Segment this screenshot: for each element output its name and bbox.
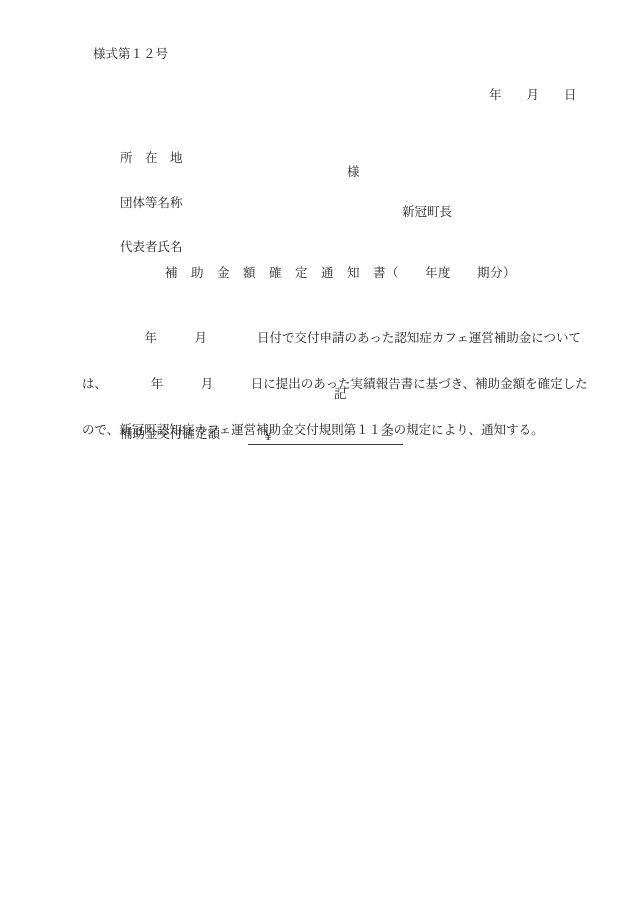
amount-trailing-dash: － bbox=[380, 430, 393, 445]
amount-row: 補助金交付確定額 ￥ － bbox=[120, 428, 440, 448]
document-page: 様式第１２号 年 月 日 所 在 地 団体等名称 代表者氏名 様 新冠町長 補 … bbox=[0, 0, 630, 903]
document-title: 補 助 金 額 確 定 通 知 書（ 年度 期分） bbox=[165, 267, 516, 280]
recipient-honorific: 様 bbox=[347, 166, 360, 179]
recipient-organization-label: 団体等名称 bbox=[120, 197, 183, 217]
record-marker: 記 bbox=[334, 388, 347, 401]
amount-fill-in-blank: ￥ － bbox=[248, 426, 403, 445]
sender-title: 新冠町長 bbox=[402, 206, 452, 219]
form-number: 様式第１２号 bbox=[93, 48, 168, 61]
recipient-representative-label: 代表者氏名 bbox=[120, 241, 183, 261]
recipient-block: 所 在 地 団体等名称 代表者氏名 bbox=[120, 127, 183, 286]
amount-label: 補助金交付確定額 bbox=[120, 428, 220, 441]
currency-symbol: ￥ bbox=[262, 430, 275, 445]
body-line: 年 月 日付で交付申請のあった認知症カフェ運営補助金について bbox=[82, 332, 574, 353]
date-line: 年 月 日 bbox=[489, 89, 577, 102]
body-line: は、 年 月 日に提出のあった実績報告書に基づき、補助金額を確定した bbox=[82, 378, 574, 399]
recipient-address-label: 所 在 地 bbox=[120, 152, 183, 172]
